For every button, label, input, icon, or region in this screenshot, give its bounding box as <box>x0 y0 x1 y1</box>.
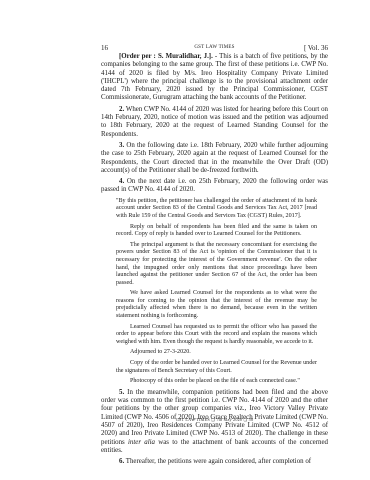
paragraph-4: 4. On the next date i.e. on 25th Februar… <box>101 178 328 195</box>
quote-paragraph: "By this petition, the petitioner has ch… <box>116 198 317 221</box>
quote-paragraph: Photocopy of this order be placed on the… <box>116 378 317 386</box>
quote-paragraph: Copy of the order be handed over to Lear… <box>116 360 317 375</box>
quote-paragraph: Reply on behalf of respondents has been … <box>116 224 317 239</box>
paragraph-1: [Order per : S. Muralidhar, J.]. - This … <box>101 53 328 103</box>
order-author: [Order per : S. Muralidhar, J.]. <box>119 53 213 60</box>
paragraph-3: 3. On the following date i.e. 18th Febru… <box>101 142 328 175</box>
body-text: [Order per : S. Muralidhar, J.]. - This … <box>101 53 328 466</box>
quoted-order: "By this petition, the petitioner has ch… <box>116 198 317 386</box>
paragraph-6: 6. Thereafter, the petitions were again … <box>101 458 328 466</box>
journal-title: GST LAW TIMES <box>101 43 328 53</box>
page-footer: GST LAW TIMES ❏ 7th May 2020 ❏ 58 <box>101 417 328 423</box>
quote-paragraph: We have asked Learned Counsel for the re… <box>116 290 317 320</box>
quote-paragraph: The principal argument is that the neces… <box>116 242 317 288</box>
volume-label: [ Vol. 36 <box>304 43 328 53</box>
quote-paragraph: Learned Counsel has requested us to perm… <box>116 324 317 347</box>
running-head: 16 GST LAW TIMES [ Vol. 36 <box>101 43 328 53</box>
quote-paragraph: Adjourned to 27-3-2020. <box>116 349 317 357</box>
document-page: 16 GST LAW TIMES [ Vol. 36 [Order per : … <box>101 43 328 466</box>
paragraph-2: 2. When CWP No. 4144 of 2020 was listed … <box>101 106 328 139</box>
